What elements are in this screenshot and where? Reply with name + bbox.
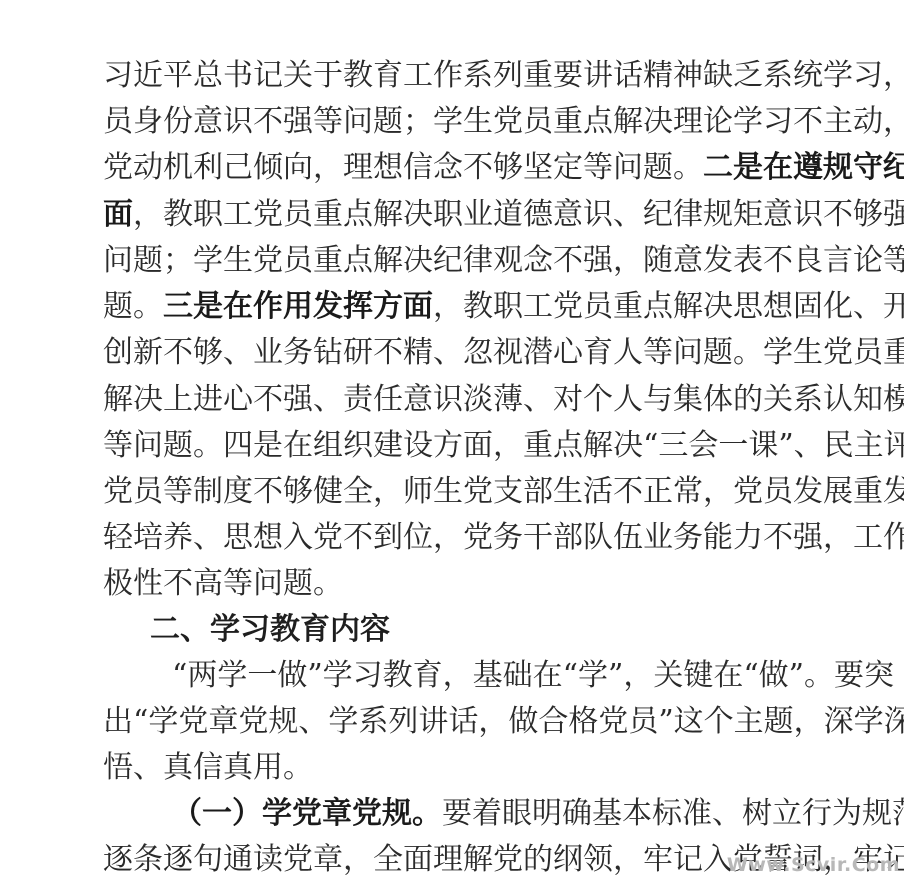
bold-phrase: 三是在作用发挥方面: [163, 289, 433, 324]
paragraph-line: 党动机利己倾向，理想信念不够坚定等问题。二是在遵规守纪方: [103, 148, 797, 188]
bold-phrase: 面: [103, 197, 133, 232]
paragraph-line: 轻培养、思想入党不到位，党务干部队伍业务能力不强，工作积: [103, 518, 797, 558]
bold-phrase: 二是在遵规守纪方: [703, 150, 904, 185]
bold-subheading: （一）学党章党规。: [172, 796, 442, 831]
paragraph-line: 员身份意识不强等问题；学生党员重点解决理论学习不主动，入: [103, 102, 797, 142]
paragraph-line: 等问题。四是在组织建设方面，重点解决“三会一课”、民主评议: [103, 426, 797, 466]
paragraph-line: （一）学党章党规。要着眼明确基本标准、树立行为规范，: [172, 794, 797, 834]
paragraph-line: 极性不高等问题。: [103, 564, 343, 604]
line-text: 要着眼明确基本标准、树立行为规范，: [442, 796, 904, 831]
paragraph-line: 创新不够、业务钻研不精、忽视潜心育人等问题。学生党员重点: [103, 333, 797, 373]
paragraph-line: 面，教职工党员重点解决职业道德意识、纪律规矩意识不够强等: [103, 195, 797, 235]
paragraph-line: 逐条逐句通读党章，全面理解党的纲领，牢记入党誓词，牢记党: [103, 840, 797, 880]
paragraph-line: “两学一做”学习教育，基础在“学”，关键在“做”。要突: [172, 656, 797, 696]
paragraph-line: 习近平总书记关于教育工作系列重要讲话精神缺乏系统学习，党: [103, 56, 797, 96]
paragraph-line: 出“学党章党规、学系列讲话，做合格党员”这个主题，深学深: [103, 702, 797, 742]
paragraph-line: 悟、真信真用。: [103, 748, 313, 788]
line-text: 党动机利己倾向，理想信念不够坚定等问题。: [103, 150, 703, 185]
line-text: ，教职工党员重点解决职业道德意识、纪律规矩意识不够强等: [133, 197, 904, 232]
section-heading: 二、学习教育内容: [150, 610, 390, 650]
paragraph-line: 党员等制度不够健全，师生党支部生活不正常，党员发展重发展: [103, 472, 797, 512]
document-page: 习近平总书记关于教育工作系列重要讲话精神缺乏系统学习，党 员身份意识不强等问题；…: [0, 0, 904, 880]
paragraph-line: 题。三是在作用发挥方面，教职工党员重点解决思想固化、开拓: [103, 287, 797, 327]
line-text: ，教职工党员重点解决思想固化、开拓: [433, 289, 904, 324]
paragraph-line: 解决上进心不强、责任意识淡薄、对个人与集体的关系认知模糊: [103, 380, 797, 420]
line-text: 题。: [103, 289, 163, 324]
watermark: Www.Scvir.Com: [727, 854, 900, 876]
paragraph-line: 问题；学生党员重点解决纪律观念不强，随意发表不良言论等问: [103, 241, 797, 281]
